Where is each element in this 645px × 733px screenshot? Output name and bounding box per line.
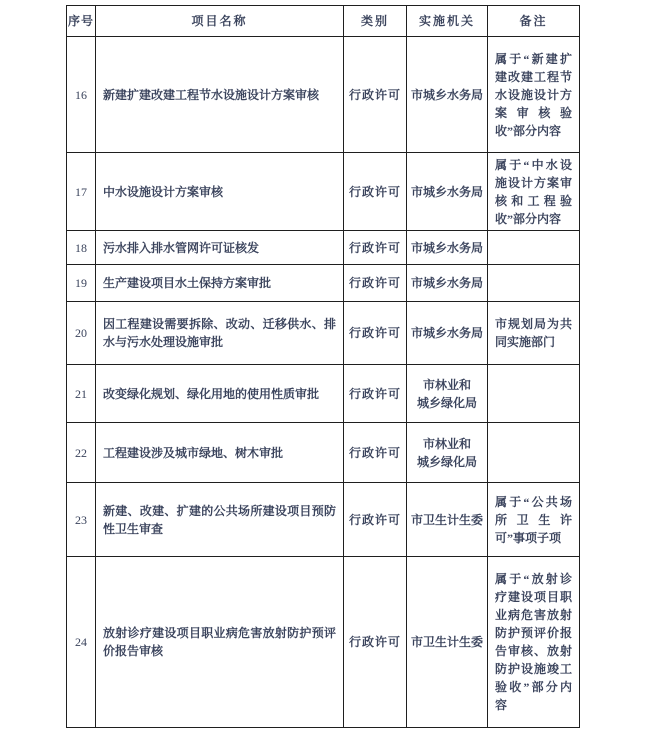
category-cell: 行政许可	[344, 37, 407, 153]
project-name-cell: 因工程建设需要拆除、改动、迁移供水、排水与污水处理设施审批	[96, 302, 344, 365]
category-cell: 行政许可	[344, 557, 407, 728]
row-number-cell: 24	[67, 557, 96, 728]
project-name-cell: 中水设施设计方案审核	[96, 153, 344, 231]
project-name-cell: 放射诊疗建设项目职业病危害放射防护预评价报告审核	[96, 557, 344, 728]
agency-cell: 市卫生计生委	[407, 483, 488, 557]
project-name-cell: 新建、改建、扩建的公共场所建设项目预防性卫生审查	[96, 483, 344, 557]
project-name-cell: 工程建设涉及城市绿地、树木审批	[96, 423, 344, 483]
remark-cell	[488, 423, 580, 483]
table-row: 23 新建、改建、扩建的公共场所建设项目预防性卫生审查 行政许可 市卫生计生委 …	[67, 483, 580, 557]
remark-cell	[488, 365, 580, 423]
table-row: 24 放射诊疗建设项目职业病危害放射防护预评价报告审核 行政许可 市卫生计生委 …	[67, 557, 580, 728]
agency-cell: 市林业和 城乡绿化局	[407, 365, 488, 423]
remark-cell	[488, 265, 580, 302]
agency-cell: 市城乡水务局	[407, 153, 488, 231]
row-number-cell: 16	[67, 37, 96, 153]
row-number-cell: 18	[67, 231, 96, 265]
agency-cell: 市城乡水务局	[407, 37, 488, 153]
agency-cell: 市城乡水务局	[407, 231, 488, 265]
project-name-cell: 改变绿化规划、绿化用地的使用性质审批	[96, 365, 344, 423]
table-row: 21 改变绿化规划、绿化用地的使用性质审批 行政许可 市林业和 城乡绿化局	[67, 365, 580, 423]
row-number-cell: 20	[67, 302, 96, 365]
header-cell-name: 项目名称	[96, 6, 344, 37]
category-cell: 行政许可	[344, 483, 407, 557]
project-name-cell: 新建扩建改建工程节水设施设计方案审核	[96, 37, 344, 153]
table-row: 20 因工程建设需要拆除、改动、迁移供水、排水与污水处理设施审批 行政许可 市城…	[67, 302, 580, 365]
table-row: 17 中水设施设计方案审核 行政许可 市城乡水务局 属于“中水设施设计方案审核和…	[67, 153, 580, 231]
row-number-cell: 21	[67, 365, 96, 423]
category-cell: 行政许可	[344, 365, 407, 423]
remark-cell	[488, 231, 580, 265]
remark-cell: 属于“中水设施设计方案审核和工程验收”部分内容	[488, 153, 580, 231]
row-number-cell: 17	[67, 153, 96, 231]
project-name-cell: 生产建设项目水土保持方案审批	[96, 265, 344, 302]
category-cell: 行政许可	[344, 423, 407, 483]
header-cell-no: 序号	[67, 6, 96, 37]
category-cell: 行政许可	[344, 153, 407, 231]
remark-cell: 属于“公共场所卫生许可”事项子项	[488, 483, 580, 557]
header-cell-agency: 实施机关	[407, 6, 488, 37]
table-row: 18 污水排入排水管网许可证核发 行政许可 市城乡水务局	[67, 231, 580, 265]
agency-cell: 市林业和 城乡绿化局	[407, 423, 488, 483]
category-cell: 行政许可	[344, 231, 407, 265]
document-page: 序号 项目名称 类别 实施机关 备注 16 新建扩建改建工程节水设施设计方案审核…	[0, 5, 645, 733]
table-row: 19 生产建设项目水土保持方案审批 行政许可 市城乡水务局	[67, 265, 580, 302]
agency-cell: 市城乡水务局	[407, 265, 488, 302]
permits-table: 序号 项目名称 类别 实施机关 备注 16 新建扩建改建工程节水设施设计方案审核…	[66, 5, 580, 728]
header-cell-remark: 备注	[488, 6, 580, 37]
agency-cell: 市城乡水务局	[407, 302, 488, 365]
row-number-cell: 19	[67, 265, 96, 302]
category-cell: 行政许可	[344, 265, 407, 302]
row-number-cell: 23	[67, 483, 96, 557]
category-cell: 行政许可	[344, 302, 407, 365]
project-name-cell: 污水排入排水管网许可证核发	[96, 231, 344, 265]
table-row: 16 新建扩建改建工程节水设施设计方案审核 行政许可 市城乡水务局 属于“新建扩…	[67, 37, 580, 153]
table-header-row: 序号 项目名称 类别 实施机关 备注	[67, 6, 580, 37]
table-row: 22 工程建设涉及城市绿地、树木审批 行政许可 市林业和 城乡绿化局	[67, 423, 580, 483]
agency-cell: 市卫生计生委	[407, 557, 488, 728]
remark-cell: 市规划局为共同实施部门	[488, 302, 580, 365]
remark-cell: 属于“放射诊疗建设项目职业病危害放射防护预评价报告审核、放射防护设施竣工验收”部…	[488, 557, 580, 728]
row-number-cell: 22	[67, 423, 96, 483]
remark-cell: 属于“新建扩建改建工程节水设施设计方案审核验收”部分内容	[488, 37, 580, 153]
header-cell-category: 类别	[344, 6, 407, 37]
